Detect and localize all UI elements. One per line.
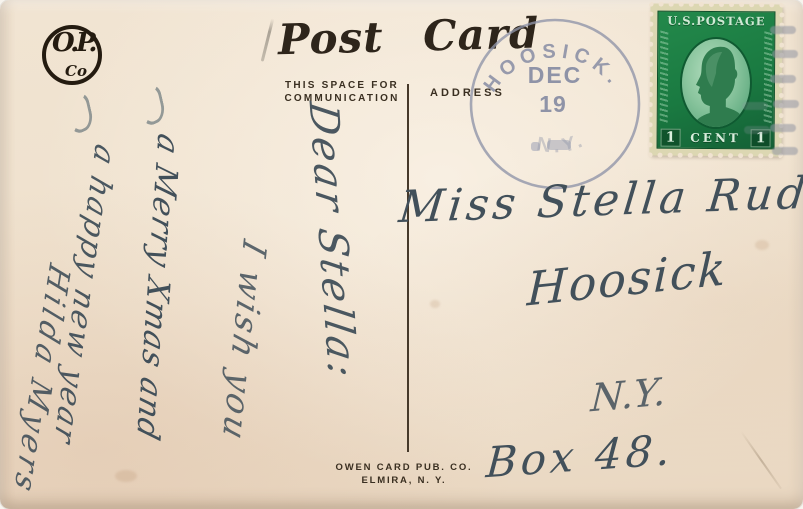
publisher-city: ELMIRA, N. Y. [302,474,506,487]
postmark-state: N.Y. [535,129,589,158]
cancellation-bar [770,26,796,34]
publisher-logo-icon: O.P. Co [42,25,102,85]
stamp-portrait-oval [680,36,753,129]
publisher-name: OWEN CARD PUB. CO. [302,461,506,474]
cancellation-bar [742,102,768,110]
stamp-laurel-left [660,30,669,124]
center-divider-rule [407,84,409,452]
foxing-spot [430,300,440,308]
postmark-day: 19 [539,91,567,117]
logo-monogram: O.P. [52,28,94,58]
cancellation-bar [772,50,798,58]
address-state: N.Y. [590,369,667,420]
postmark-stamp: HOOSICK. DEC 19 N.Y. [463,11,647,199]
communication-label-line1: THIS SPACE FOR [283,79,401,92]
postcard-photo: O.P. Co Post Card THIS SPACE FOR COMMUNI… [0,0,803,509]
publisher-imprint: OWEN CARD PUB. CO. ELMIRA, N. Y. [302,461,506,487]
svg-text:N.Y.: N.Y. [535,129,589,158]
logo-monogram-co: Co [65,62,87,80]
stamp-numeral-left: 1 [661,129,681,147]
stamp-cent-text: CENT [690,131,741,145]
cancellation-bar [770,124,796,132]
washington-portrait-icon [682,38,753,128]
cancellation-bar [770,75,796,83]
cancellation-bar [744,126,770,134]
stamp-country-text: U.S.POSTAGE [658,14,774,29]
postmark-month: DEC [528,62,583,88]
foxing-spot [115,470,137,482]
cancellation-bar [772,147,798,155]
foxing-spot [755,240,769,250]
cancellation-bar [773,100,799,108]
